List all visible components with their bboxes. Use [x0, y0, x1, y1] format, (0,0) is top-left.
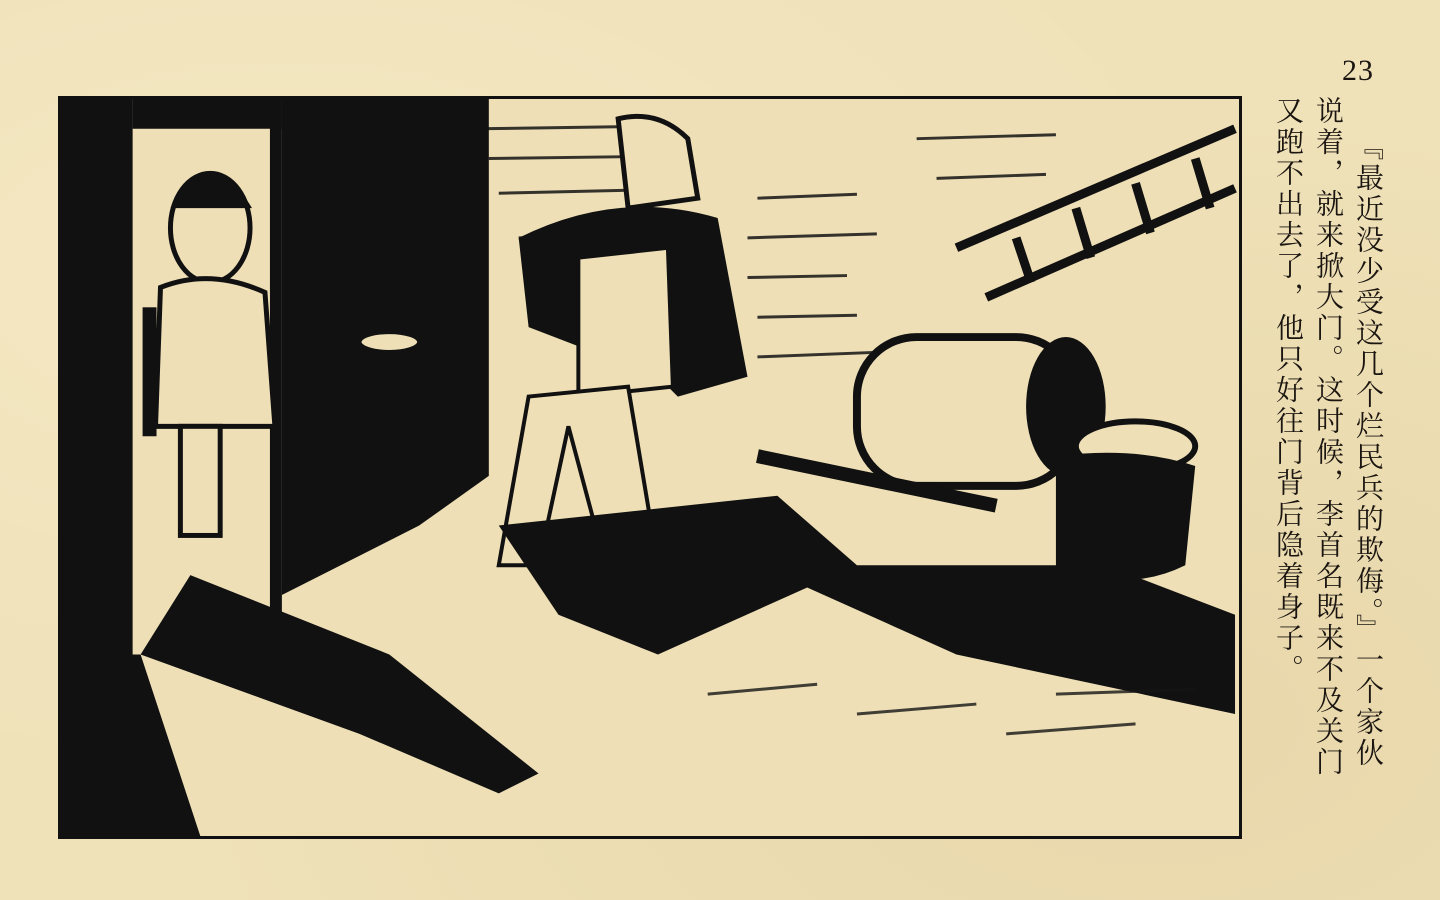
caption-line-2: 说着，就来掀大门。这时候，李首名既来不及关门 [1308, 96, 1348, 856]
page-number: 23 [1342, 54, 1374, 88]
illustration-art [61, 99, 1239, 836]
caption-line-1: 『最近没少受这几个烂民兵的欺侮。』一个家伙 [1348, 96, 1388, 856]
caption-line-3: 又跑不出去了，他只好往门背后隐着身子。 [1268, 96, 1308, 856]
caption-text: 『最近没少受这几个烂民兵的欺侮。』一个家伙 说着，就来掀大门。这时候，李首名既来… [1268, 96, 1388, 856]
illustration-panel [58, 96, 1242, 839]
jar [1056, 421, 1195, 580]
